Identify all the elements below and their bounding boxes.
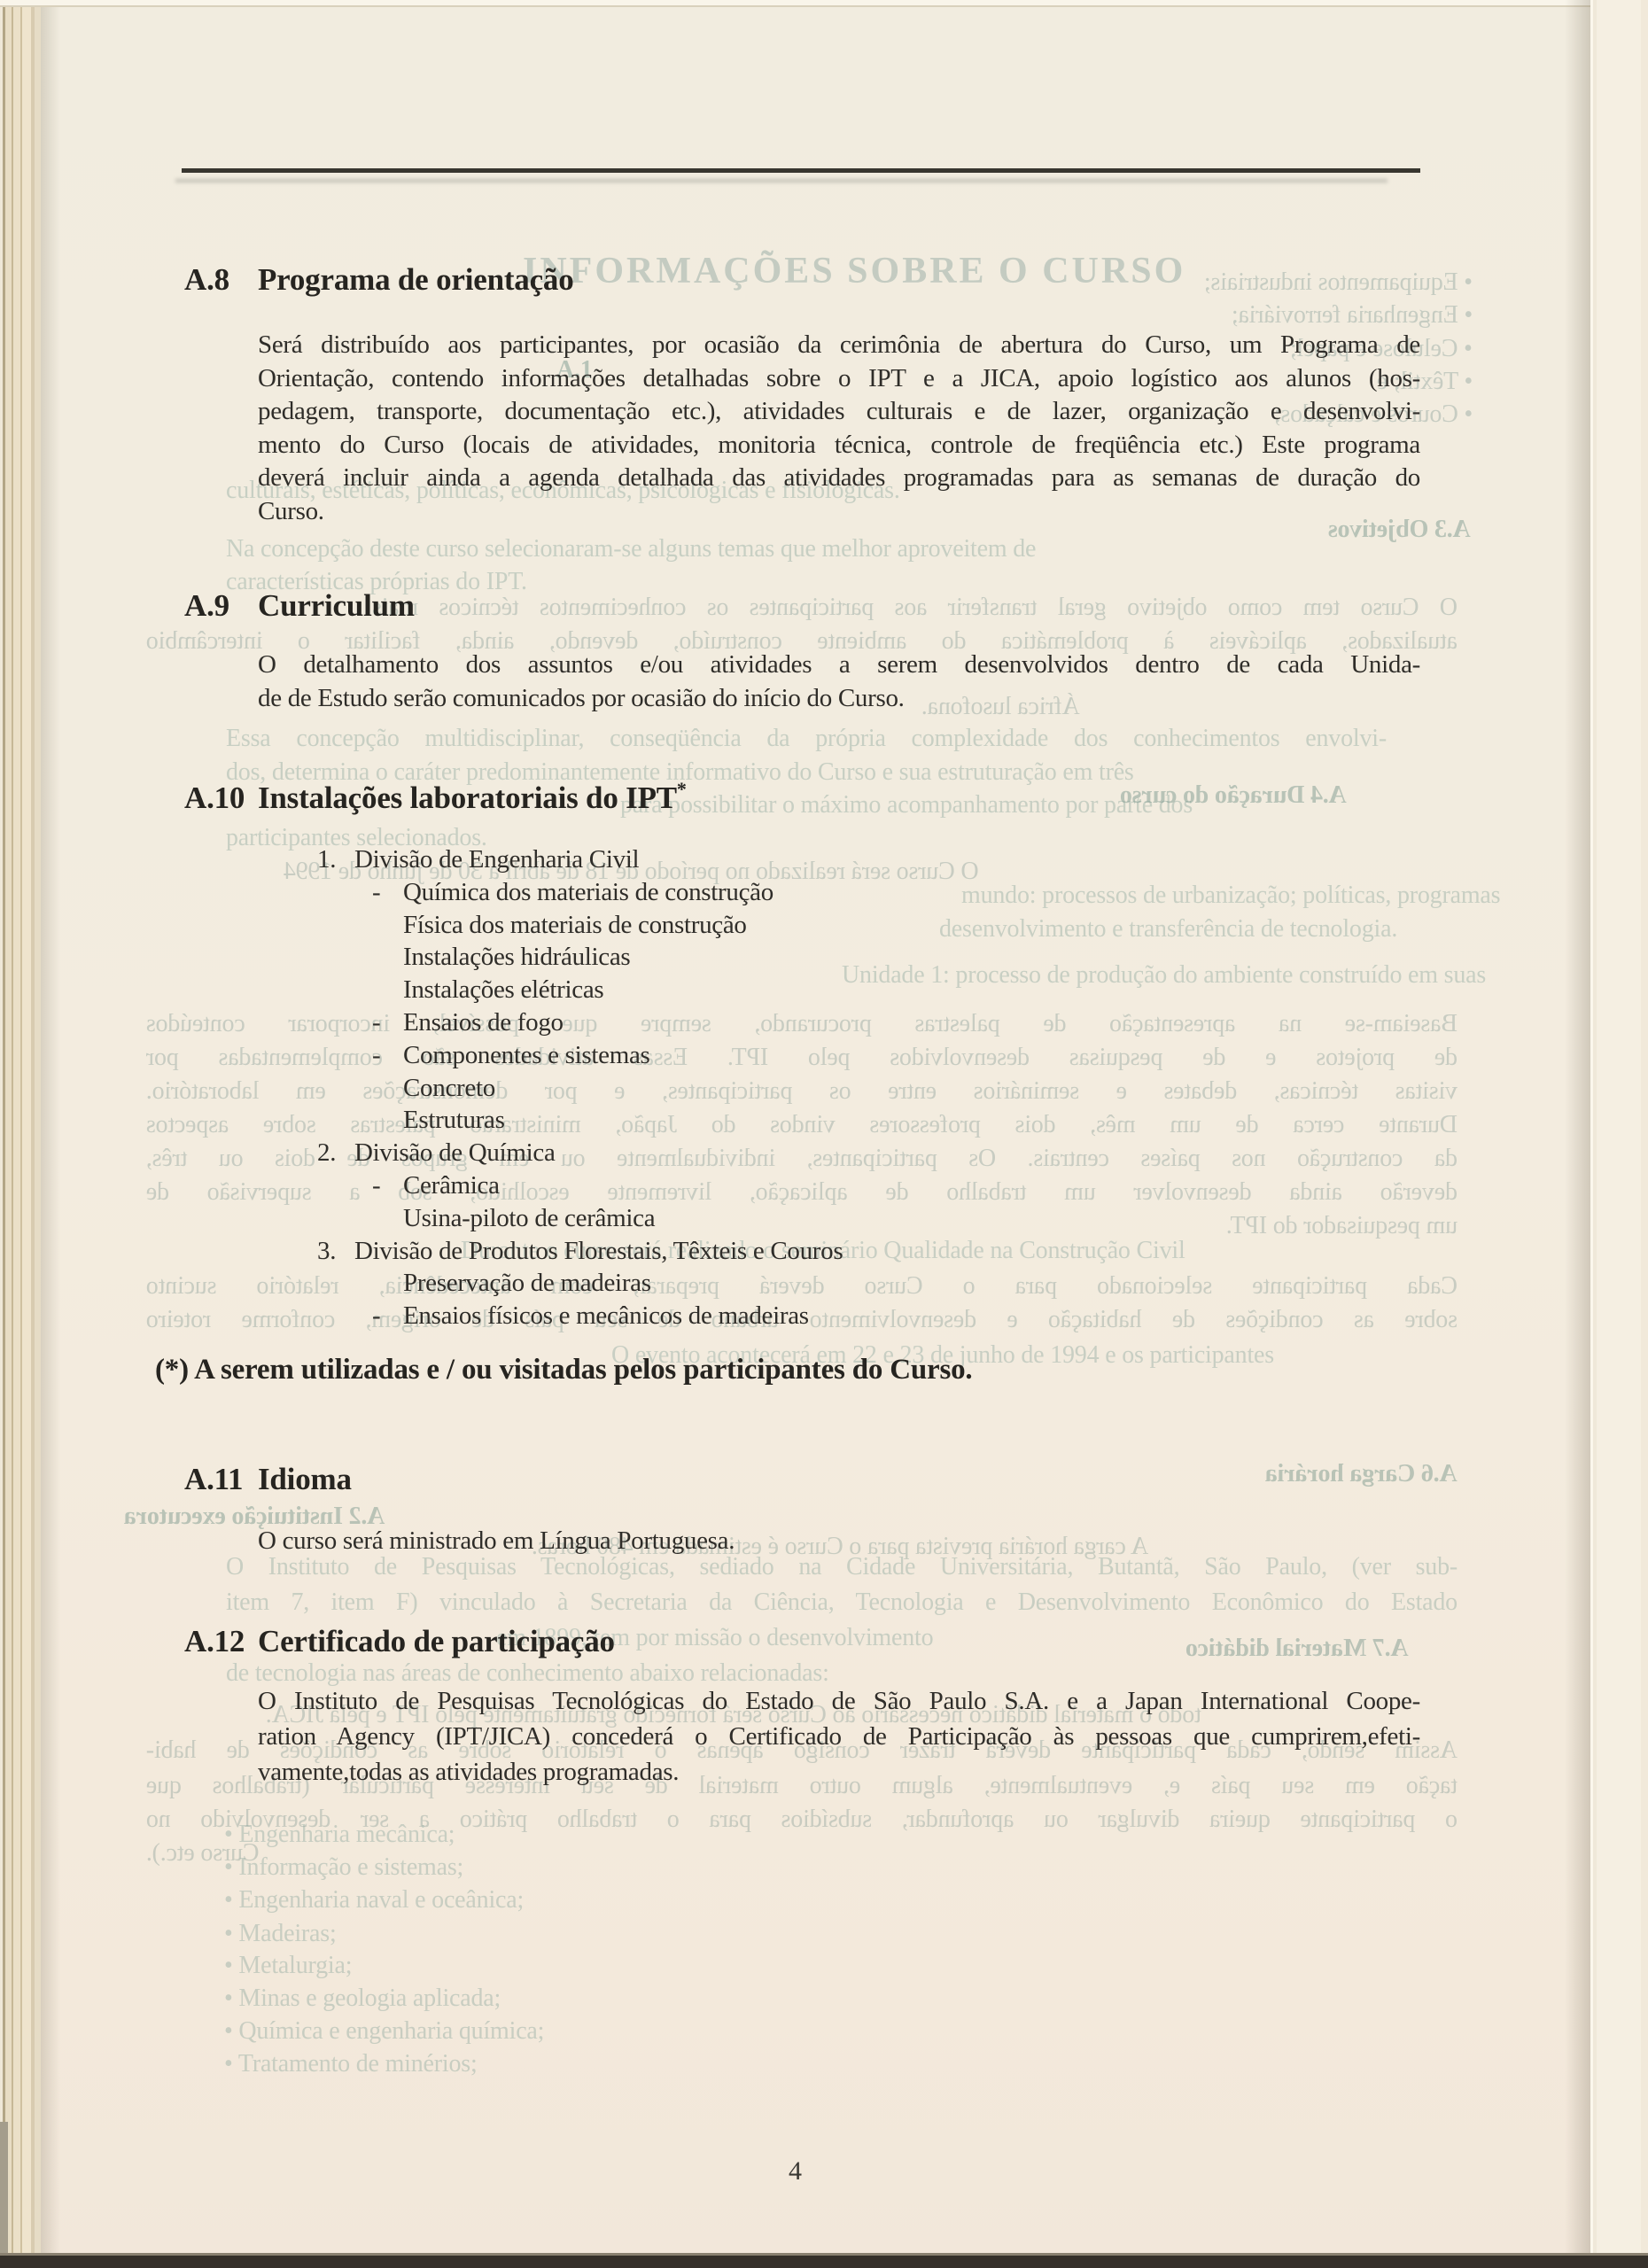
sub-item-text: Física dos materiais de construção xyxy=(403,911,747,939)
section-title-asterisk: * xyxy=(677,778,687,800)
division-sub-item: Instalações elétricas xyxy=(317,974,843,1006)
division-item: 3.Divisão de Produtos Florestais, Têxtei… xyxy=(317,1235,843,1268)
sub-item-dash: - xyxy=(372,1039,380,1072)
bleedthrough-text: • Madeiras; xyxy=(224,1920,337,1948)
section-label: A.11 xyxy=(184,1462,258,1497)
paragraph-line: deverá incluir ainda a agenda detalhada … xyxy=(258,462,1420,495)
division-sub-item: Instalações hidráulicas xyxy=(317,941,843,974)
division-sub-item: -Ensaios físicos e mecânicos de madeiras xyxy=(317,1300,843,1332)
sub-item-dash: - xyxy=(372,1006,380,1039)
bleedthrough-mirrored-text: Curso etc.). xyxy=(146,1839,259,1868)
section-label: A.10 xyxy=(184,781,258,816)
sub-item-text: Concreto xyxy=(403,1074,495,1102)
bleedthrough-text: item 7, item F) vinculado à Secretaria d… xyxy=(226,1588,1458,1617)
division-sub-item: -Química dos materiais de construção xyxy=(317,876,843,909)
sub-item-text: Instalações elétricas xyxy=(403,975,603,1004)
sub-item-text: Ensaios de fogo xyxy=(403,1008,564,1037)
bleedthrough-text: mundo: processos de urbanização; polític… xyxy=(961,882,1500,910)
bleedthrough-mirrored-text: um pesquisador do IPT. xyxy=(1226,1212,1458,1240)
division-number: 2. xyxy=(317,1137,354,1169)
division-name: Divisão de Química xyxy=(354,1138,556,1167)
paragraph-line: pedagem, transporte, documentação etc.),… xyxy=(258,395,1420,429)
bleedthrough-text: para possibilitar o máximo acompanhament… xyxy=(620,791,1193,819)
bleedthrough-mirrored-text: o participante queira divulgar ou aprofu… xyxy=(146,1806,1458,1834)
division-sub-item: -Componentes e sistemas xyxy=(317,1039,843,1072)
section-title: Programa de orientação xyxy=(258,262,574,297)
sub-item-dash: - xyxy=(372,1300,380,1332)
left-page-edge-stack xyxy=(0,0,41,2268)
paragraph-line: Curso. xyxy=(258,495,1420,529)
section-heading-a-12: A.12Certificado de participação xyxy=(184,1624,615,1659)
bleedthrough-text: • Minas e geologia aplicada; xyxy=(224,1984,501,2013)
division-sub-item: -Ensaios de fogo xyxy=(317,1006,843,1039)
bottom-left-scan-notch xyxy=(0,2122,8,2253)
bleedthrough-text: • Engenharia naval e oceânica; xyxy=(224,1886,524,1915)
sub-item-text: Componentes e sistemas xyxy=(403,1041,650,1069)
bleedthrough-mirrored-text: A.4 Duração do curso xyxy=(1120,781,1347,810)
sub-item-text: Preservação de madeiras xyxy=(403,1269,651,1297)
section-heading-a-10: A.10Instalações laboratoriais do IPT* xyxy=(184,778,687,816)
section-paragraph: Será distribuído aos participantes, por … xyxy=(258,329,1420,529)
sub-item-text: Química dos materiais de construção xyxy=(403,878,773,906)
paragraph-line: mento do Curso (locais de atividades, mo… xyxy=(258,429,1420,462)
bleedthrough-section-title: INFORMAÇÕES SOBRE O CURSO xyxy=(523,250,1185,292)
section-label: A.8 xyxy=(184,262,258,298)
bleedthrough-mirrored-text: O Curso tem como objetivo geral transfer… xyxy=(372,594,1458,622)
page-number: 4 xyxy=(789,2156,802,2186)
sub-item-text: Estruturas xyxy=(403,1106,505,1134)
paragraph-line: ration Agency (IPT/JICA) concederá o Cer… xyxy=(258,1719,1420,1754)
bleedthrough-text: • Tratamento de minérios; xyxy=(224,2050,478,2078)
bleedthrough-text: desenvolvimento e transferência de tecno… xyxy=(939,915,1397,944)
division-sub-item: Usina-piloto de cerâmica xyxy=(317,1202,843,1235)
bottom-scan-edge xyxy=(0,2253,1648,2268)
division-name: Divisão de Produtos Florestais, Têxteis … xyxy=(354,1237,843,1265)
laboratory-divisions-list: 1.Divisão de Engenharia Civil-Química do… xyxy=(317,843,843,1332)
sub-item-text: Usina-piloto de cerâmica xyxy=(403,1204,655,1232)
underlying-page-edge xyxy=(1593,0,1648,2268)
header-rule xyxy=(182,168,1420,173)
bleedthrough-text: • Informação e sistemas; xyxy=(224,1853,463,1882)
bleedthrough-text: Na concepção deste curso selecionaram-se… xyxy=(226,535,1036,563)
top-page-edge xyxy=(0,0,1648,8)
bleedthrough-text: Essa concepção multidisciplinar, conseqü… xyxy=(226,725,1387,753)
left-page-edge-shadow xyxy=(41,0,60,2268)
bleedthrough-text: • Química e engenharia química; xyxy=(224,2017,544,2046)
paragraph-line: vamente,todas as atividades programadas. xyxy=(258,1754,1420,1790)
division-sub-item: Física dos materiais de construção xyxy=(317,909,843,942)
sub-item-dash: - xyxy=(372,1169,380,1202)
bleedthrough-mirrored-text: A.6 Carga horária xyxy=(1265,1460,1458,1488)
section-label: A.9 xyxy=(184,588,258,624)
section-title: Instalações laboratoriais do IPT xyxy=(258,781,677,815)
section-heading-a-8: A.8Programa de orientação xyxy=(184,262,574,298)
paragraph-line: Orientação, contendo informações detalha… xyxy=(258,362,1420,396)
paragraph-line: O Instituto de Pesquisas Tecnológicas do… xyxy=(258,1683,1420,1719)
bleedthrough-text: • Metalurgia; xyxy=(224,1952,352,1980)
header-rule-scan-echo xyxy=(175,179,1388,183)
division-sub-item: Estruturas xyxy=(317,1104,843,1137)
division-item: 2.Divisão de Química xyxy=(317,1137,843,1169)
paragraph-line: O curso será ministrado em Língua Portug… xyxy=(258,1524,1420,1557)
section-paragraph: O Instituto de Pesquisas Tecnológicas do… xyxy=(258,1683,1420,1790)
bleedthrough-mirrored-text: • Equipamentos industriais; xyxy=(1204,268,1473,297)
scanned-document-page: INFORMAÇÕES SOBRE O CURSO A.1culturais, … xyxy=(0,0,1648,2268)
division-number: 3. xyxy=(317,1235,354,1268)
section-heading-a-9: A.9Curriculum xyxy=(184,588,415,624)
paragraph-line: de de Estudo serão comunicados por ocasi… xyxy=(258,681,1420,715)
section-title: Curriculum xyxy=(258,588,415,623)
sub-item-dash: - xyxy=(372,876,380,909)
paragraph-line: O detalhamento dos assuntos e/ou ativida… xyxy=(258,648,1420,681)
bleedthrough-text: Unidade 1: processo de produção do ambie… xyxy=(842,961,1486,990)
bleedthrough-mirrored-text: A.7 Material didático xyxy=(1185,1635,1409,1663)
section-paragraph: O detalhamento dos assuntos e/ou ativida… xyxy=(258,648,1420,715)
section-label: A.12 xyxy=(184,1624,258,1659)
division-sub-item: Preservação de madeiras xyxy=(317,1267,843,1300)
division-sub-item: Concreto xyxy=(317,1072,843,1105)
footnote: (*) A serem utilizadas e / ou visitadas … xyxy=(155,1354,972,1386)
sub-item-text: Instalações hidráulicas xyxy=(403,943,630,971)
section-title: Certificado de participação xyxy=(258,1624,615,1658)
paragraph-line: Será distribuído aos participantes, por … xyxy=(258,329,1420,362)
division-number: 1. xyxy=(317,843,354,876)
division-name: Divisão de Engenharia Civil xyxy=(354,845,639,874)
section-heading-a-11: A.11Idioma xyxy=(184,1462,352,1497)
sub-item-text: Cerâmica xyxy=(403,1171,500,1200)
right-fold-shadow xyxy=(1565,0,1590,2268)
section-paragraph: O curso será ministrado em Língua Portug… xyxy=(258,1524,1420,1557)
section-title: Idioma xyxy=(258,1462,352,1496)
sub-item-text: Ensaios físicos e mecânicos de madeiras xyxy=(403,1301,809,1330)
bleedthrough-mirrored-text: • Engenharia ferroviária; xyxy=(1232,301,1473,330)
division-sub-item: -Cerâmica xyxy=(317,1169,843,1202)
division-item: 1.Divisão de Engenharia Civil xyxy=(317,843,843,876)
